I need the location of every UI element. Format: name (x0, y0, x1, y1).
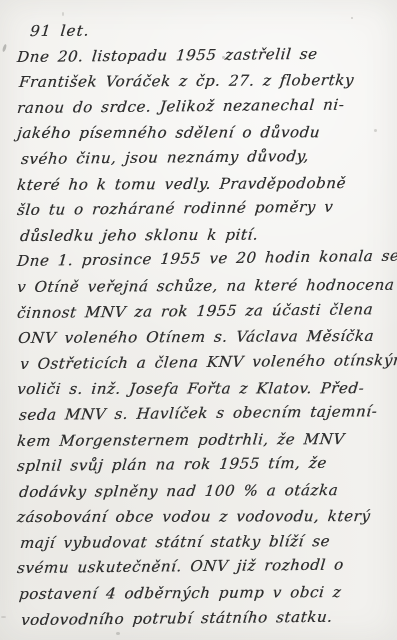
handwriting-line: postavení 4 odběrných pump v obci z (18, 580, 395, 608)
paper-speck (62, 12, 64, 16)
handwriting-line: Dne 20. listopadu 1955 zastřelil se (16, 41, 395, 71)
handwriting-block: 91 let. Dne 20. listopadu 1955 zastřelil… (17, 19, 393, 633)
handwriting-line: František Voráček z čp. 27. z flobertky (18, 68, 395, 96)
handwriting-line: splnil svůj plán na rok 1955 tím, že (16, 450, 395, 480)
handwriting-line: v Otíně veřejná schůze, na které hodnoce… (16, 273, 395, 301)
paper-speck (2, 44, 7, 53)
handwriting-line: svému uskutečnění. ONV již rozhodl o (16, 553, 395, 583)
handwriting-line: dodávky splněny nad 100 % a otázka (18, 477, 395, 505)
handwriting-line: v Ostřeticích a člena KNV voleného otíns… (19, 348, 395, 377)
handwriting-line: šlo tu o rozhárané rodinné poměry v (16, 194, 395, 224)
handwriting-line: seda MNV s. Havlíček s obecním tajemní- (18, 399, 395, 429)
handwriting-line: ranou do srdce. Jelikož nezanechal ni- (16, 92, 395, 122)
handwriting-line: Dne 1. prosince 1955 ve 20 hodin konala … (16, 244, 395, 275)
handwriting-line: ONV voleného Otínem s. Václava Měsíčka (17, 324, 395, 352)
handwriting-line: zásobování obce vodou z vodovodu, který (16, 504, 395, 531)
handwriting-line: vodovodního potrubí státního statku. (20, 604, 395, 633)
handwriting-line-age-note: 91 let. (29, 17, 395, 45)
paper-speck (1, 616, 6, 618)
handwriting-line: svého činu, jsou neznámy důvody, (20, 143, 395, 172)
handwriting-line: činnost MNV za rok 1955 za účasti člena (16, 297, 395, 327)
chronicle-scanned-page: 91 let. Dne 20. listopadu 1955 zastřelil… (0, 0, 397, 640)
